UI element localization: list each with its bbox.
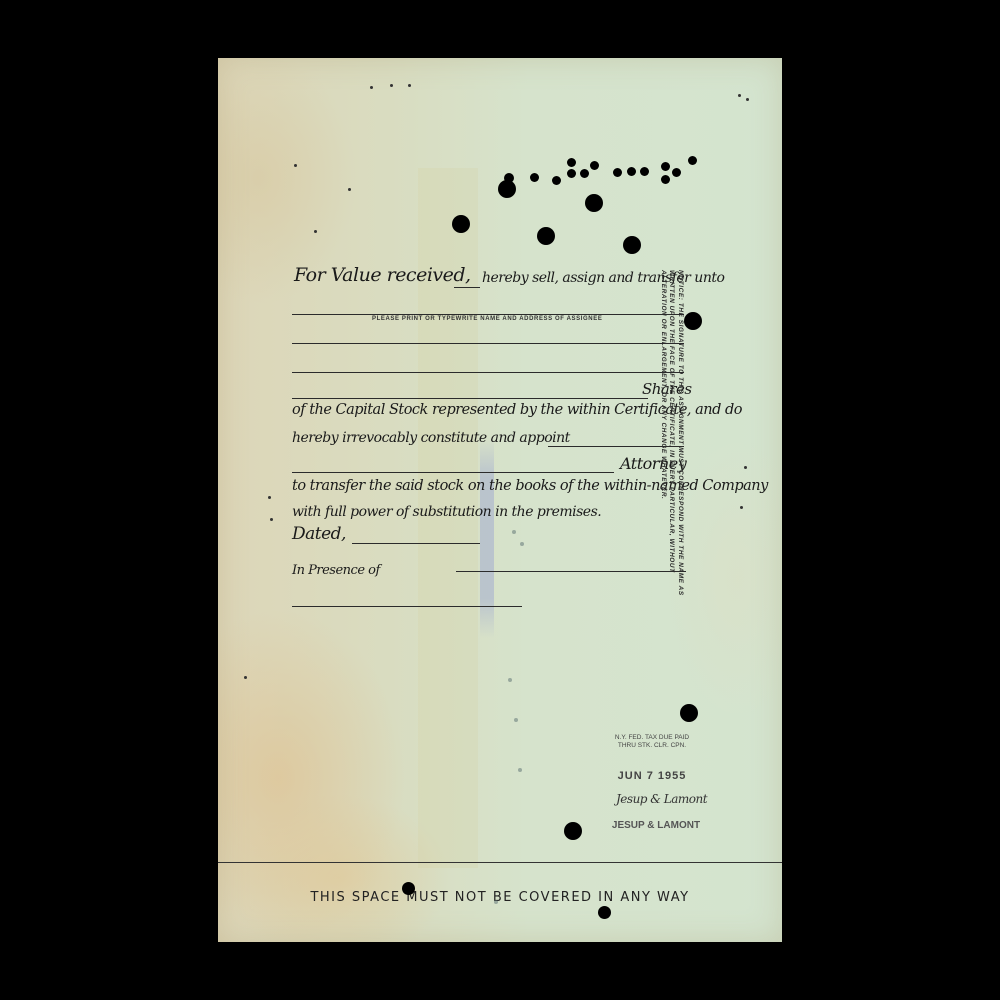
punch-hole-small [567,169,576,178]
speck [512,530,516,534]
bottom-divider [218,862,782,863]
assignee-line-3 [292,372,684,373]
punch-hole-small [567,158,576,167]
speck [270,518,273,521]
speck [390,84,393,87]
speck [408,84,411,87]
punch-hole-small [613,168,622,177]
speck [348,188,351,191]
speck [294,164,297,167]
punch-hole-small [640,167,649,176]
punch-hole [452,215,470,233]
punch-hole [564,822,582,840]
punch-hole [680,704,698,722]
for-value-received-text: For Value received, [294,264,471,286]
certificate-back: For Value received, hereby sell, assign … [218,58,782,942]
punch-hole [585,194,603,212]
speck [370,86,373,89]
speck [514,718,518,722]
speck [740,506,743,509]
punch-hole [623,236,641,254]
punch-hole-small [504,173,514,183]
do-not-cover-notice: THIS SPACE MUST NOT BE COVERED IN ANY WA… [218,890,782,905]
dated-label: Dated, [292,524,346,544]
punch-hole [537,227,555,245]
punch-hole [402,882,415,895]
sell-assign-transfer-text: hereby sell, assign and transfer unto [482,270,724,286]
signature-line[interactable] [456,571,686,572]
in-presence-of-label: In Presence of [292,563,380,578]
punch-hole-small [661,162,670,171]
speck [738,94,741,97]
tax-stamp: N.Y. FED. TAX DUE PAID THRU STK. CLR. CP… [602,734,702,750]
punch-hole [684,312,702,330]
shares-blank [292,398,648,399]
punch-hole-small [530,173,539,182]
appoint-text: hereby irrevocably constitute and appoin… [292,430,570,446]
dated-blank[interactable] [352,543,480,544]
assignor-blank [454,287,480,288]
speck [494,900,498,904]
punch-hole-small [580,169,589,178]
punch-hole [598,906,611,919]
speck [314,230,317,233]
speck [746,98,749,101]
punch-hole-small [672,168,681,177]
speck [520,542,524,546]
speck [508,678,512,682]
attorney-blank [292,472,614,473]
speck [244,676,247,679]
firm-stamp: JESUP & LAMONT [604,820,708,831]
punch-hole-small [661,175,670,184]
signature-notice: NOTICE: THE SIGNATURE TO THIS ASSIGNMENT… [659,270,685,610]
assignee-line-2 [292,343,684,344]
punch-hole-small [627,167,636,176]
assignee-line-1 [292,314,684,315]
tax-stamp-line-2: THRU STK. CLR. CPN. [602,742,702,750]
bleed-through-ink [480,438,494,638]
punch-hole-small [590,161,599,170]
speck [518,768,522,772]
tax-stamp-line-1: N.Y. FED. TAX DUE PAID [602,734,702,742]
speck [744,466,747,469]
substitution-text: with full power of substitution in the p… [292,504,601,520]
speck [268,496,271,499]
assignee-caption: PLEASE PRINT OR TYPEWRITE NAME AND ADDRE… [372,316,602,322]
punch-hole-small [552,176,561,185]
punch-hole-small [688,156,697,165]
firm-signature: Jesup & Lamont [616,792,707,806]
date-stamp: JUN 7 1955 [602,770,702,782]
witness-line[interactable] [292,606,522,607]
transfer-text: to transfer the said stock on the books … [292,478,768,494]
